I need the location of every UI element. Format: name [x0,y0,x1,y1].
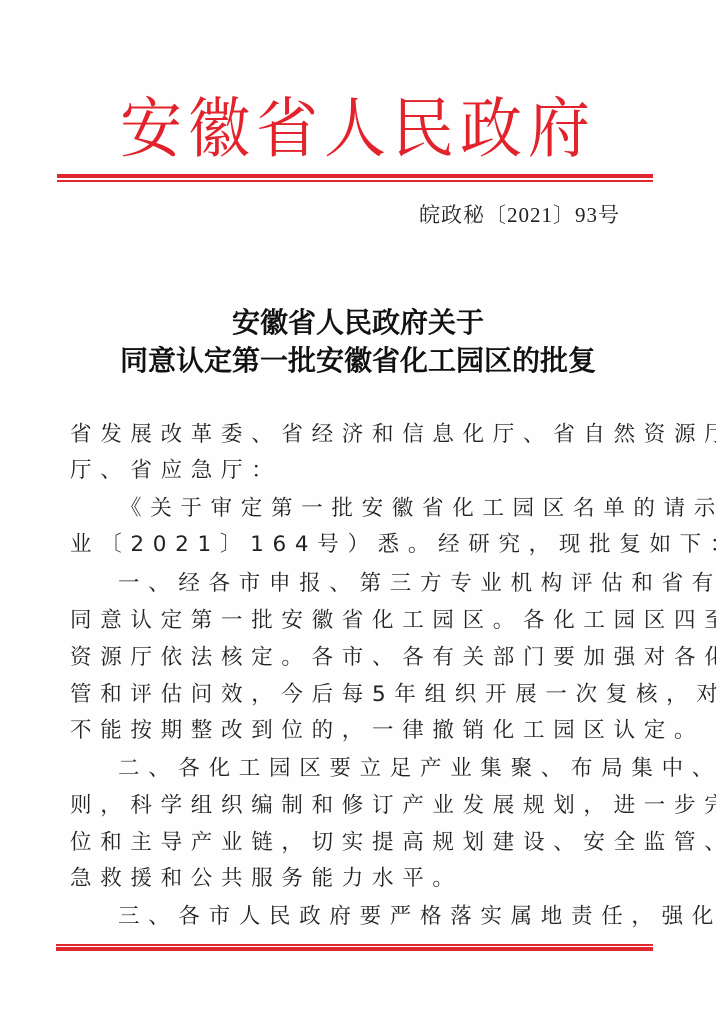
body-line: 位和主导产业链，切实提高规划建设、安全监管、污染防治、应 [70,828,630,858]
body-line: 《关于审定第一批安徽省化工园区名单的请示》(皖发改产 [120,494,680,524]
divider-thin-line [57,180,653,182]
divider-thin-line [56,944,653,946]
recipients-line-1: 省发展改革委、省经济和信息化厅、省自然资源厅、省生态环境 [70,420,630,450]
issuer-masthead: 安徽省人民政府 [0,90,716,168]
body-line: 业〔2021〕164号）悉。经研究，现批复如下： [70,530,630,560]
body-line: 管和评估问效，今后每5年组织开展一次复核，对复核未通过且 [70,680,630,710]
body-line: 资源厅依法核定。各市、各有关部门要加强对各化工园区跟踪监 [70,643,630,673]
body-line: 二、各化工园区要立足产业集聚、布局集中、用地集约的原 [118,754,678,784]
body-line: 一、经各市申报、第三方专业机构评估和省有关部门审核， [118,569,678,599]
document-number: 皖政秘〔2021〕93号 [419,200,620,230]
document-page: 安徽省人民政府 皖政秘〔2021〕93号 安徽省人民政府关于 同意认定第一批安徽… [0,0,716,1014]
divider-thick-line [56,947,653,951]
document-title-line-1: 安徽省人民政府关于 [0,303,716,343]
body-line: 则，科学组织编制和修订产业发展规划，进一步完善提升产业定 [70,791,630,821]
document-title-line-2: 同意认定第一批安徽省化工园区的批复 [0,341,716,381]
body-line: 不能按期整改到位的，一律撤销化工园区认定。 [70,716,630,746]
body-line: 同意认定第一批安徽省化工园区。各化工园区四至范围由省自然 [70,606,630,636]
divider-thick-line [57,174,653,178]
body-line: 三、各市人民政府要严格落实属地责任，强化对化工园区安 [118,902,678,932]
recipients-line-2: 厅、省应急厅： [70,456,630,486]
body-line: 急救援和公共服务能力水平。 [70,864,630,894]
